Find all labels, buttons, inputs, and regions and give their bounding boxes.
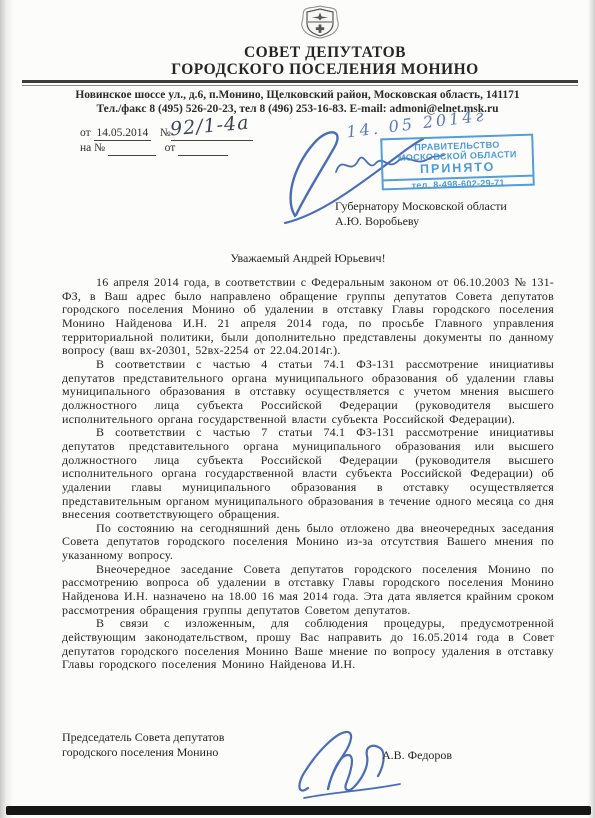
addressee-name: А.Ю. Воробьеву — [335, 214, 507, 229]
outgoing-date-value: 14.05.2014 — [94, 127, 152, 141]
body-paragraph-2: В соответствии с частью 4 статьи 74.1 ФЗ… — [62, 358, 554, 426]
letter-body: 16 апреля 2014 года, в соответствии с Фе… — [62, 276, 554, 672]
letterhead-divider-rule — [22, 80, 578, 86]
scan-left-edge — [0, 0, 13, 818]
letterhead-phone-email: Тел./факс 8 (495) 526-20-23, тел 8 (496)… — [0, 103, 595, 117]
body-paragraph-1: 16 апреля 2014 года, в соответствии с Фе… — [62, 276, 554, 358]
incoming-number-line — [108, 144, 156, 156]
body-paragraph-5: Внеочередное заседание Совета депутатов … — [62, 563, 554, 618]
body-paragraph-6: В связи с изложенным, для соблюдения про… — [62, 617, 554, 672]
organization-name-line1: СОВЕТ ДЕПУТАТОВ — [55, 44, 595, 61]
scan-bottom-artifact — [6, 806, 591, 815]
signer-title-line1: Председатель Совета депутатов — [62, 730, 224, 745]
organization-name: СОВЕТ ДЕПУТАТОВ ГОРОДСКОГО ПОСЕЛЕНИЯ МОН… — [55, 44, 595, 78]
incoming-date-label: от — [165, 142, 176, 154]
organization-name-line2: ГОРОДСКОГО ПОСЕЛЕНИЯ МОНИНО — [55, 61, 595, 78]
reference-row-incoming: на № от — [80, 141, 253, 156]
body-paragraph-4: По состоянию на сегодняшний день было от… — [62, 522, 554, 563]
addressee-block: Губернатору Московской области А.Ю. Воро… — [335, 199, 507, 228]
signer-title: Председатель Совета депутатов городского… — [62, 730, 224, 759]
outgoing-date-label: от — [80, 127, 91, 139]
addressee-title: Губернатору Московской области — [335, 199, 507, 214]
incoming-number-label: на № — [80, 142, 105, 154]
coat-of-arms-icon — [298, 5, 342, 39]
government-received-stamp: ПРАВИТЕЛЬСТВО МОСКОВСКОЙ ОБЛАСТИ ПРИНЯТО… — [380, 134, 535, 191]
signer-name: А.В. Федоров — [382, 748, 452, 763]
letterhead-contacts: Новинское шоссе ул., д.6, п.Монино, Щелк… — [0, 89, 595, 116]
handwritten-signature — [296, 726, 411, 802]
stamp-phone: тел. 8-498-602-29-71 — [384, 175, 533, 193]
scan-right-edge — [588, 0, 595, 818]
signer-title-line2: городского поселения Монино — [62, 745, 224, 760]
scanned-letter-page: СОВЕТ ДЕПУТАТОВ ГОРОДСКОГО ПОСЕЛЕНИЯ МОН… — [0, 0, 595, 818]
salutation: Уважаемый Андрей Юрьевич! — [62, 251, 554, 266]
incoming-date-line — [178, 144, 228, 156]
letterhead-address: Новинское шоссе ул., д.6, п.Монино, Щелк… — [0, 89, 595, 103]
body-paragraph-3: В соответствии с частью 7 статьи 74.1 ФЗ… — [62, 426, 554, 522]
